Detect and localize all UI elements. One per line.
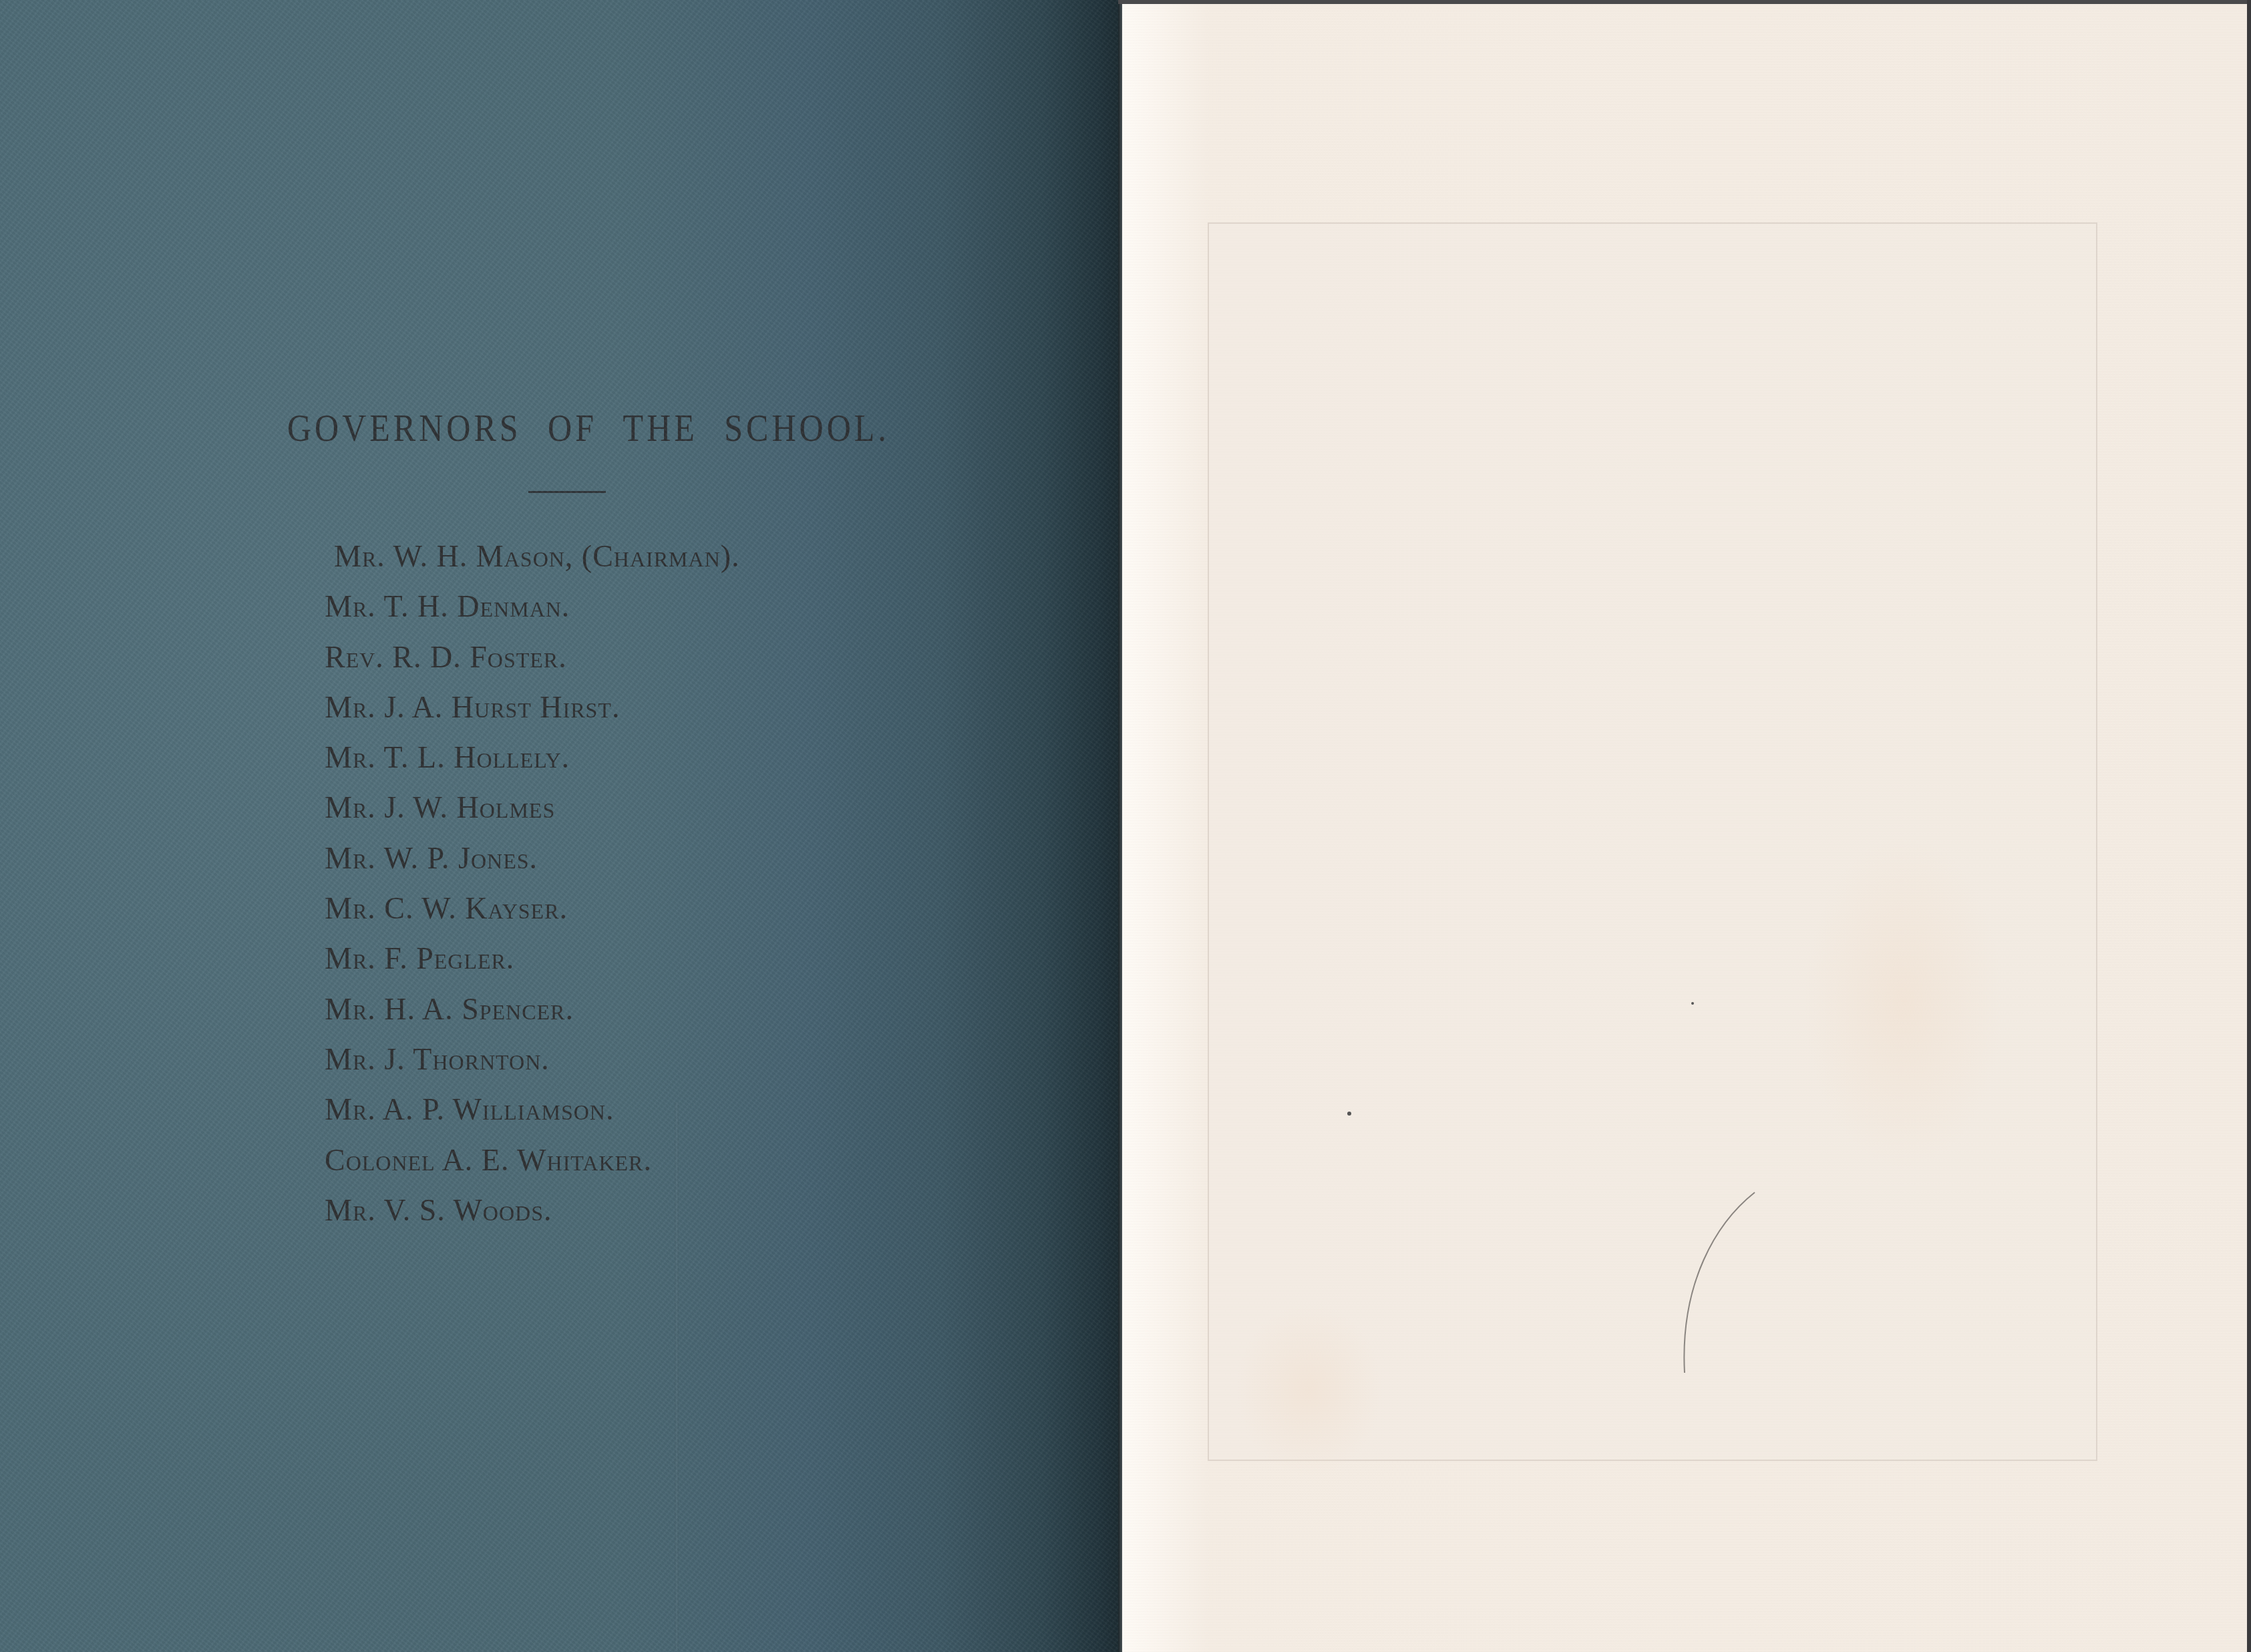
heading-divider: [528, 491, 606, 493]
governor-name: Mr. T. L. Hollely.: [325, 732, 740, 782]
governor-name: Mr. W. P. Jones.: [325, 833, 740, 883]
governor-name: Colonel A. E. Whitaker.: [325, 1135, 740, 1185]
scan-top-edge: [1118, 0, 2251, 4]
book-spread: GOVERNORS OF THE SCHOOL. Mr. W. H. Mason…: [0, 0, 2251, 1652]
governor-name: Mr. J. Thornton.: [325, 1034, 740, 1084]
governor-name: Rev. R. D. Foster.: [325, 632, 740, 682]
left-page: GOVERNORS OF THE SCHOOL. Mr. W. H. Mason…: [0, 0, 1121, 1652]
paper-stain: [1236, 1303, 1383, 1476]
governor-name: Mr. C. W. Kayser.: [325, 883, 740, 933]
paper-stain: [1803, 835, 2004, 1169]
governor-name: Mr. F. Pegler.: [325, 933, 740, 983]
governor-name: Mr. A. P. Williamson.: [325, 1084, 740, 1134]
governor-name: Mr. J. A. Hurst Hirst.: [325, 682, 740, 732]
governor-name: Mr. J. W. Holmes: [325, 782, 740, 832]
plate-mark: [1208, 222, 2097, 1461]
governors-list: Mr. W. H. Mason, (Chairman). Mr. T. H. D…: [325, 531, 740, 1235]
governor-name: Mr. T. H. Denman.: [325, 581, 740, 631]
page-heading: GOVERNORS OF THE SCHOOL.: [287, 406, 862, 450]
paper-speck: [1691, 1002, 1694, 1005]
governor-name: Mr. V. S. Woods.: [325, 1185, 740, 1235]
governor-name: Mr. W. H. Mason, (Chairman).: [334, 531, 740, 581]
governor-name: Mr. H. A. Spencer.: [325, 984, 740, 1034]
stray-hair: [1670, 1182, 1777, 1383]
paper-speck: [1347, 1112, 1351, 1116]
scan-right-edge: [2247, 0, 2251, 1652]
